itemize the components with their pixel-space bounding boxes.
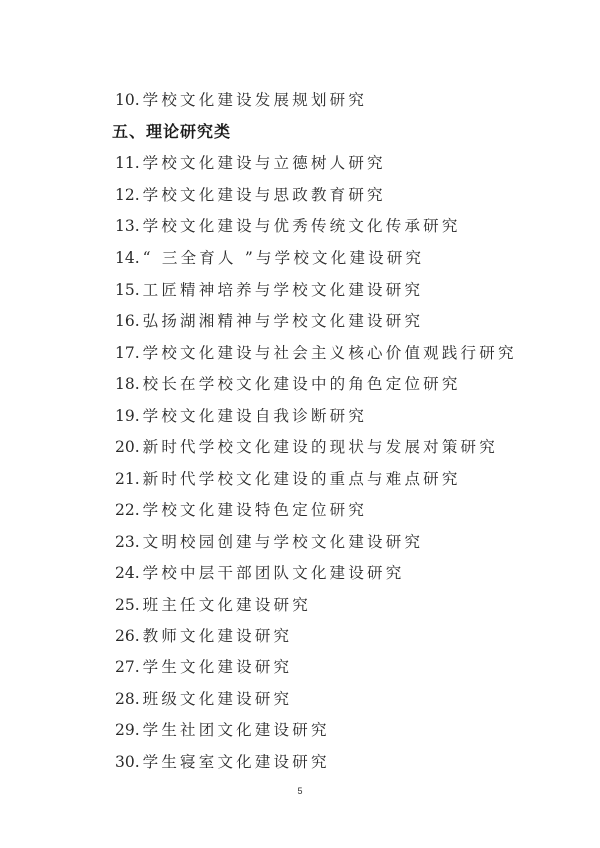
list-item-27: 27.学生文化建设研究 — [115, 655, 292, 679]
item-text: “ 三全育人 ”与学校文化建设研究 — [143, 249, 425, 267]
list-item-21: 21.新时代学校文化建设的重点与难点研究 — [115, 467, 461, 491]
item-text: 新时代学校文化建设的现状与发展对策研究 — [143, 438, 498, 456]
item-text: 弘扬湖湘精神与学校文化建设研究 — [143, 312, 424, 330]
list-item-22: 22.学校文化建设特色定位研究 — [115, 498, 367, 522]
list-item-26: 26.教师文化建设研究 — [115, 624, 292, 648]
item-text: 学校文化建设发展规划研究 — [143, 91, 367, 109]
item-number: 24. — [115, 564, 140, 582]
list-item-30: 30.学生寝室文化建设研究 — [115, 750, 330, 774]
item-text: 学生文化建设研究 — [143, 658, 293, 676]
item-text: 学校文化建设与思政教育研究 — [143, 186, 386, 204]
document-page: 10.学校文化建设发展规划研究 五、理论研究类 11.学校文化建设与立德树人研究… — [0, 0, 600, 848]
item-text: 教师文化建设研究 — [143, 627, 293, 645]
page-number: 5 — [0, 786, 600, 796]
item-text: 文明校园创建与学校文化建设研究 — [143, 533, 424, 551]
item-number: 30. — [115, 753, 140, 771]
item-number: 21. — [115, 470, 140, 488]
item-text: 工匠精神培养与学校文化建设研究 — [143, 281, 424, 299]
list-item-17: 17.学校文化建设与社会主义核心价值观践行研究 — [115, 341, 517, 365]
item-text: 学校文化建设特色定位研究 — [143, 501, 367, 519]
item-number: 22. — [115, 501, 140, 519]
item-number: 25. — [115, 596, 140, 614]
item-text: 学校文化建设自我诊断研究 — [143, 407, 367, 425]
list-item-10: 10.学校文化建设发展规划研究 — [115, 88, 367, 112]
item-text: 学生社团文化建设研究 — [143, 721, 330, 739]
item-number: 16. — [115, 312, 140, 330]
item-text: 班级文化建设研究 — [143, 690, 293, 708]
item-number: 26. — [115, 627, 140, 645]
item-number: 18. — [115, 375, 140, 393]
list-item-19: 19.学校文化建设自我诊断研究 — [115, 404, 367, 428]
item-text: 校长在学校文化建设中的角色定位研究 — [143, 375, 461, 393]
item-text: 学校文化建设与优秀传统文化传承研究 — [143, 217, 461, 235]
item-number: 15. — [115, 281, 140, 299]
item-number: 19. — [115, 407, 140, 425]
item-number: 11. — [115, 154, 140, 172]
item-number: 23. — [115, 533, 140, 551]
item-number: 29. — [115, 721, 140, 739]
item-text: 学生寝室文化建设研究 — [143, 753, 330, 771]
list-item-12: 12.学校文化建设与思政教育研究 — [115, 183, 386, 207]
list-item-29: 29.学生社团文化建设研究 — [115, 718, 330, 742]
list-item-13: 13.学校文化建设与优秀传统文化传承研究 — [115, 214, 461, 238]
item-text: 学校中层干部团队文化建设研究 — [143, 564, 405, 582]
item-number: 27. — [115, 658, 140, 676]
list-item-18: 18.校长在学校文化建设中的角色定位研究 — [115, 372, 461, 396]
list-item-14: 14.“ 三全育人 ”与学校文化建设研究 — [115, 246, 424, 270]
item-number: 20. — [115, 438, 140, 456]
item-number: 13. — [115, 217, 140, 235]
item-text: 班主任文化建设研究 — [143, 596, 311, 614]
item-text: 学校文化建设与立德树人研究 — [143, 154, 386, 172]
item-number: 12. — [115, 186, 140, 204]
list-item-23: 23.文明校园创建与学校文化建设研究 — [115, 530, 423, 554]
list-item-24: 24.学校中层干部团队文化建设研究 — [115, 561, 404, 585]
list-item-16: 16.弘扬湖湘精神与学校文化建设研究 — [115, 309, 423, 333]
item-number: 14. — [115, 249, 140, 267]
item-text: 新时代学校文化建设的重点与难点研究 — [143, 470, 461, 488]
list-item-28: 28.班级文化建设研究 — [115, 687, 292, 711]
item-number: 17. — [115, 344, 140, 362]
section-heading: 五、理论研究类 — [112, 120, 231, 144]
item-number: 28. — [115, 690, 140, 708]
list-item-11: 11.学校文化建设与立德树人研究 — [115, 151, 386, 175]
list-item-25: 25.班主任文化建设研究 — [115, 593, 311, 617]
list-item-20: 20.新时代学校文化建设的现状与发展对策研究 — [115, 435, 498, 459]
item-text: 学校文化建设与社会主义核心价值观践行研究 — [143, 344, 517, 362]
item-number: 10. — [115, 91, 140, 109]
list-item-15: 15.工匠精神培养与学校文化建设研究 — [115, 278, 423, 302]
